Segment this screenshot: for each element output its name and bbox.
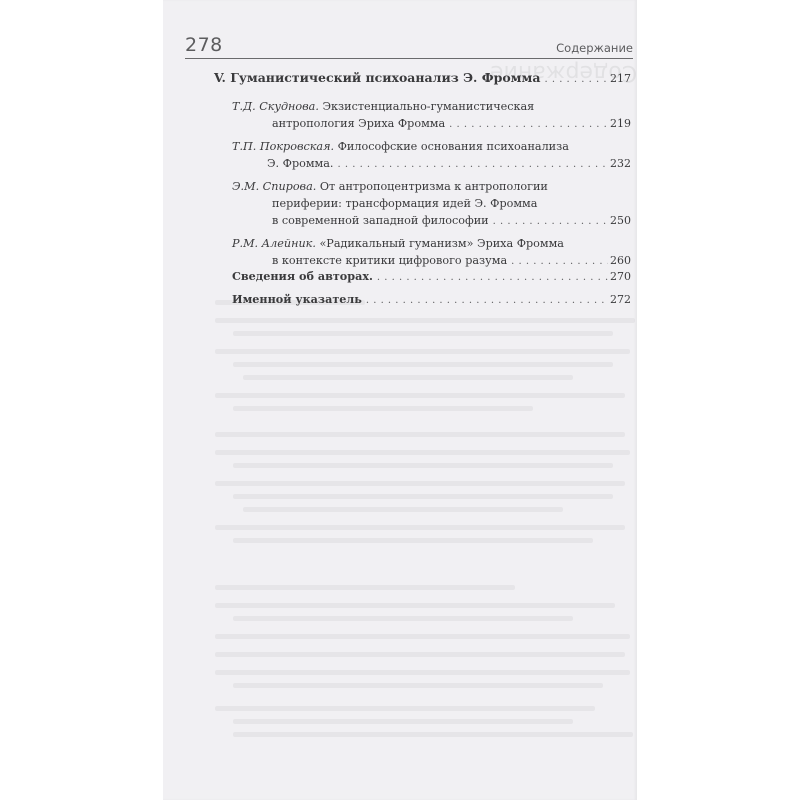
show-through-line: [215, 525, 625, 530]
dot-leader: [449, 117, 608, 133]
toc-entry-continuation: в современной западной философии 250: [272, 213, 631, 229]
toc-back-matter-authors: Сведения об авторах. 270: [232, 268, 631, 284]
toc-part-heading: V. Гуманистический психоанализ Э. Фромма…: [214, 70, 631, 86]
entry-author: Р.М. Алейник.: [232, 237, 316, 250]
toc-entry-continuation: Э. Фромма. 232: [267, 156, 631, 172]
show-through-line: [233, 538, 593, 543]
show-through-line: [243, 375, 573, 380]
running-head: 278 Содержание: [185, 36, 633, 59]
entry-title: Э. Фромма.: [267, 156, 334, 172]
entry-title: антропология Эриха Фромма: [272, 116, 445, 132]
show-through-line: [215, 481, 625, 486]
show-through-line: [215, 585, 515, 590]
entry-title: Философские основания психоанализа: [338, 140, 569, 153]
show-through-line: [215, 318, 635, 323]
show-through-line: [233, 683, 603, 688]
toc-back-matter-index: Именной указатель 272: [232, 291, 631, 307]
show-through-line: [215, 652, 625, 657]
show-through-line: [233, 362, 613, 367]
entry-title: в контексте критики цифрового разума: [272, 253, 507, 269]
show-through-line: [233, 616, 573, 621]
toc-entry: Т.Д. Скуднова. Экзистенциально-гуманисти…: [232, 99, 631, 115]
page-ref: 260: [610, 253, 631, 269]
show-through-line: [233, 463, 613, 468]
toc-entry-continuation: периферии: трансформация идей Э. Фромма: [272, 196, 631, 212]
toc-entry: Э.М. Спирова. От антропоцентризма к антр…: [232, 179, 631, 195]
show-through-line: [215, 393, 625, 398]
back-matter-title: Сведения об авторах.: [232, 268, 373, 284]
page-ref: 270: [610, 269, 631, 285]
entry-title: Экзистенциально-гуманистическая: [322, 100, 534, 113]
toc-entry-continuation: антропология Эриха Фромма 219: [272, 116, 631, 132]
dot-leader: [338, 157, 609, 173]
show-through-line: [233, 494, 613, 499]
show-through-line: [215, 450, 630, 455]
show-through-line: [215, 349, 630, 354]
dot-leader: [493, 214, 608, 230]
show-through-line: [233, 331, 613, 336]
show-through-line: [233, 719, 573, 724]
running-head-title: Содержание: [556, 41, 633, 55]
dot-leader: [377, 270, 608, 286]
entry-title: От антропоцентризма к антропологии: [320, 180, 548, 193]
show-through-line: [215, 670, 630, 675]
show-through-line: [215, 432, 625, 437]
entry-author: Т.Д. Скуднова.: [232, 100, 319, 113]
toc-entry-continuation: в контексте критики цифрового разума 260: [272, 253, 631, 269]
book-page: Содержание 278 Содержание V. Гуманистиче…: [163, 0, 637, 800]
page-ref: 219: [610, 116, 631, 132]
toc-entry: Т.П. Покровская. Философские основания п…: [232, 139, 631, 155]
entry-author: Э.М. Спирова.: [232, 180, 316, 193]
entry-title: периферии: трансформация идей Э. Фромма: [272, 196, 537, 212]
show-through-line: [233, 406, 533, 411]
back-matter-title: Именной указатель: [232, 291, 362, 307]
page-ref: 272: [610, 292, 631, 308]
show-through-line: [215, 706, 595, 711]
dot-leader: [544, 72, 608, 88]
show-through-line: [233, 732, 633, 737]
entry-author: Т.П. Покровская.: [232, 140, 334, 153]
page-ref: 250: [610, 213, 631, 229]
toc-entry: Р.М. Алейник. «Радикальный гуманизм» Эри…: [232, 236, 631, 252]
page-ref: 232: [610, 156, 631, 172]
show-through-line: [243, 507, 563, 512]
show-through-line: [215, 603, 615, 608]
part-title: V. Гуманистический психоанализ Э. Фромма: [214, 70, 540, 86]
show-through-line: [215, 634, 630, 639]
entry-title: «Радикальный гуманизм» Эриха Фромма: [319, 237, 564, 250]
page-number: 278: [185, 34, 223, 56]
page-ref: 217: [610, 71, 631, 87]
entry-title: в современной западной философии: [272, 213, 489, 229]
dot-leader: [366, 293, 608, 309]
